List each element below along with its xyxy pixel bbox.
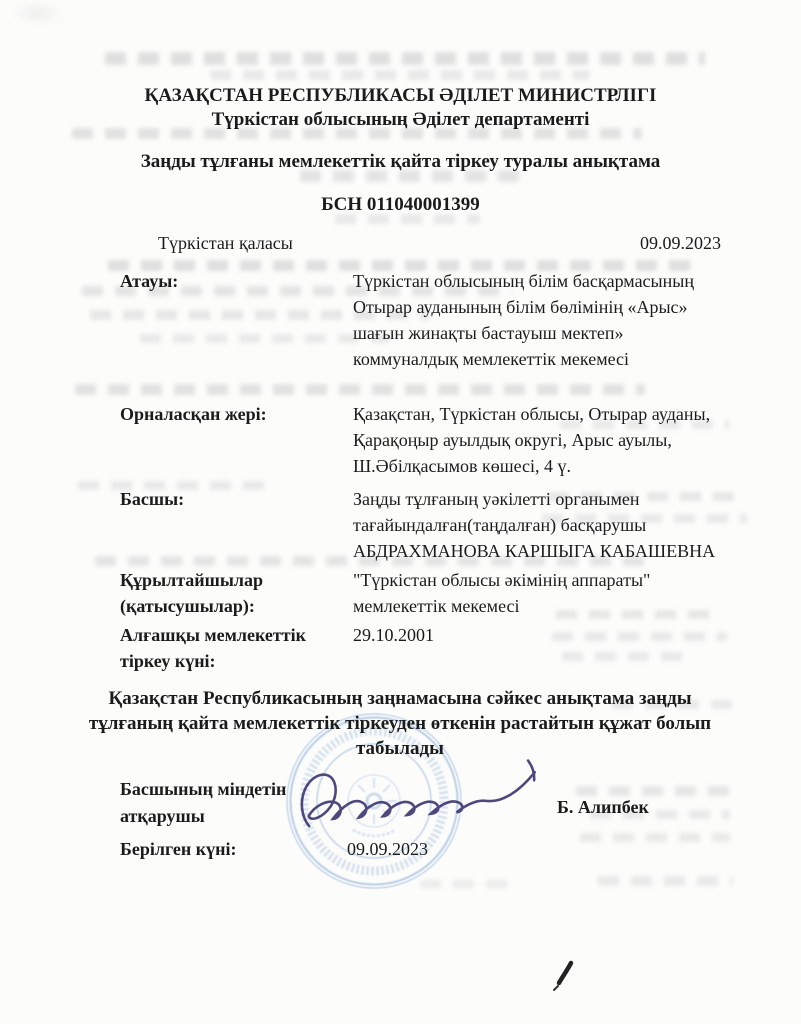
bleedthrough-artifact (576, 786, 736, 796)
document-title: Заңды тұлғаны мемлекеттік қайта тіркеу т… (0, 150, 801, 173)
bleedthrough-artifact (562, 652, 687, 661)
ministry-title: ҚАЗАҚСТАН РЕСПУБЛИКАСЫ ӘДІЛЕТ МИНИСТРЛІГ… (0, 84, 801, 107)
certificate-page: ҚАЗАҚСТАН РЕСПУБЛИКАСЫ ӘДІЛЕТ МИНИСТРЛІГ… (0, 0, 801, 1024)
issue-date-label: Берілген күні: (120, 836, 350, 862)
field-value-location: Қазақстан, Түркістан облысы, Отырар ауда… (353, 401, 748, 479)
field-label-name: Атауы: (120, 268, 350, 294)
scan-smudge (12, 2, 64, 24)
field-value-first-registration: 29.10.2001 (353, 622, 748, 648)
department-title: Түркістан облысының Әділет департаменті (0, 108, 801, 131)
issue-date-value: 09.09.2023 (347, 836, 428, 862)
field-value-name: Түркістан облысының білім басқармасының … (353, 268, 748, 372)
field-label-first-registration: Алғашқы мемлекеттік тіркеу күні: (120, 622, 350, 674)
field-label-location: Орналасқан жері: (120, 401, 350, 427)
field-value-founders: "Түркістан облысы әкімінің аппараты" мем… (353, 567, 748, 619)
bleedthrough-artifact (105, 52, 705, 65)
header-date: 09.09.2023 (640, 230, 721, 256)
signer-name: Б. Алипбек (557, 796, 649, 819)
legal-statement: Қазақстан Республикасының заңнамасына сә… (64, 686, 736, 761)
bleedthrough-artifact (580, 833, 730, 842)
field-label-founders: Құрылтайшылар (қатысушылар): (120, 567, 350, 619)
handwritten-signature (290, 753, 562, 847)
field-value-head: Заңды тұлғаның уәкілетті органымен тағай… (353, 486, 748, 564)
issue-city: Түркістан қаласы (158, 230, 293, 256)
bin-number: БСН 011040001399 (0, 193, 801, 216)
bleedthrough-artifact (210, 70, 590, 80)
ink-mark (548, 956, 582, 998)
bleedthrough-artifact (598, 876, 733, 886)
field-label-head: Басшы: (120, 486, 350, 512)
bleedthrough-artifact (75, 384, 645, 395)
